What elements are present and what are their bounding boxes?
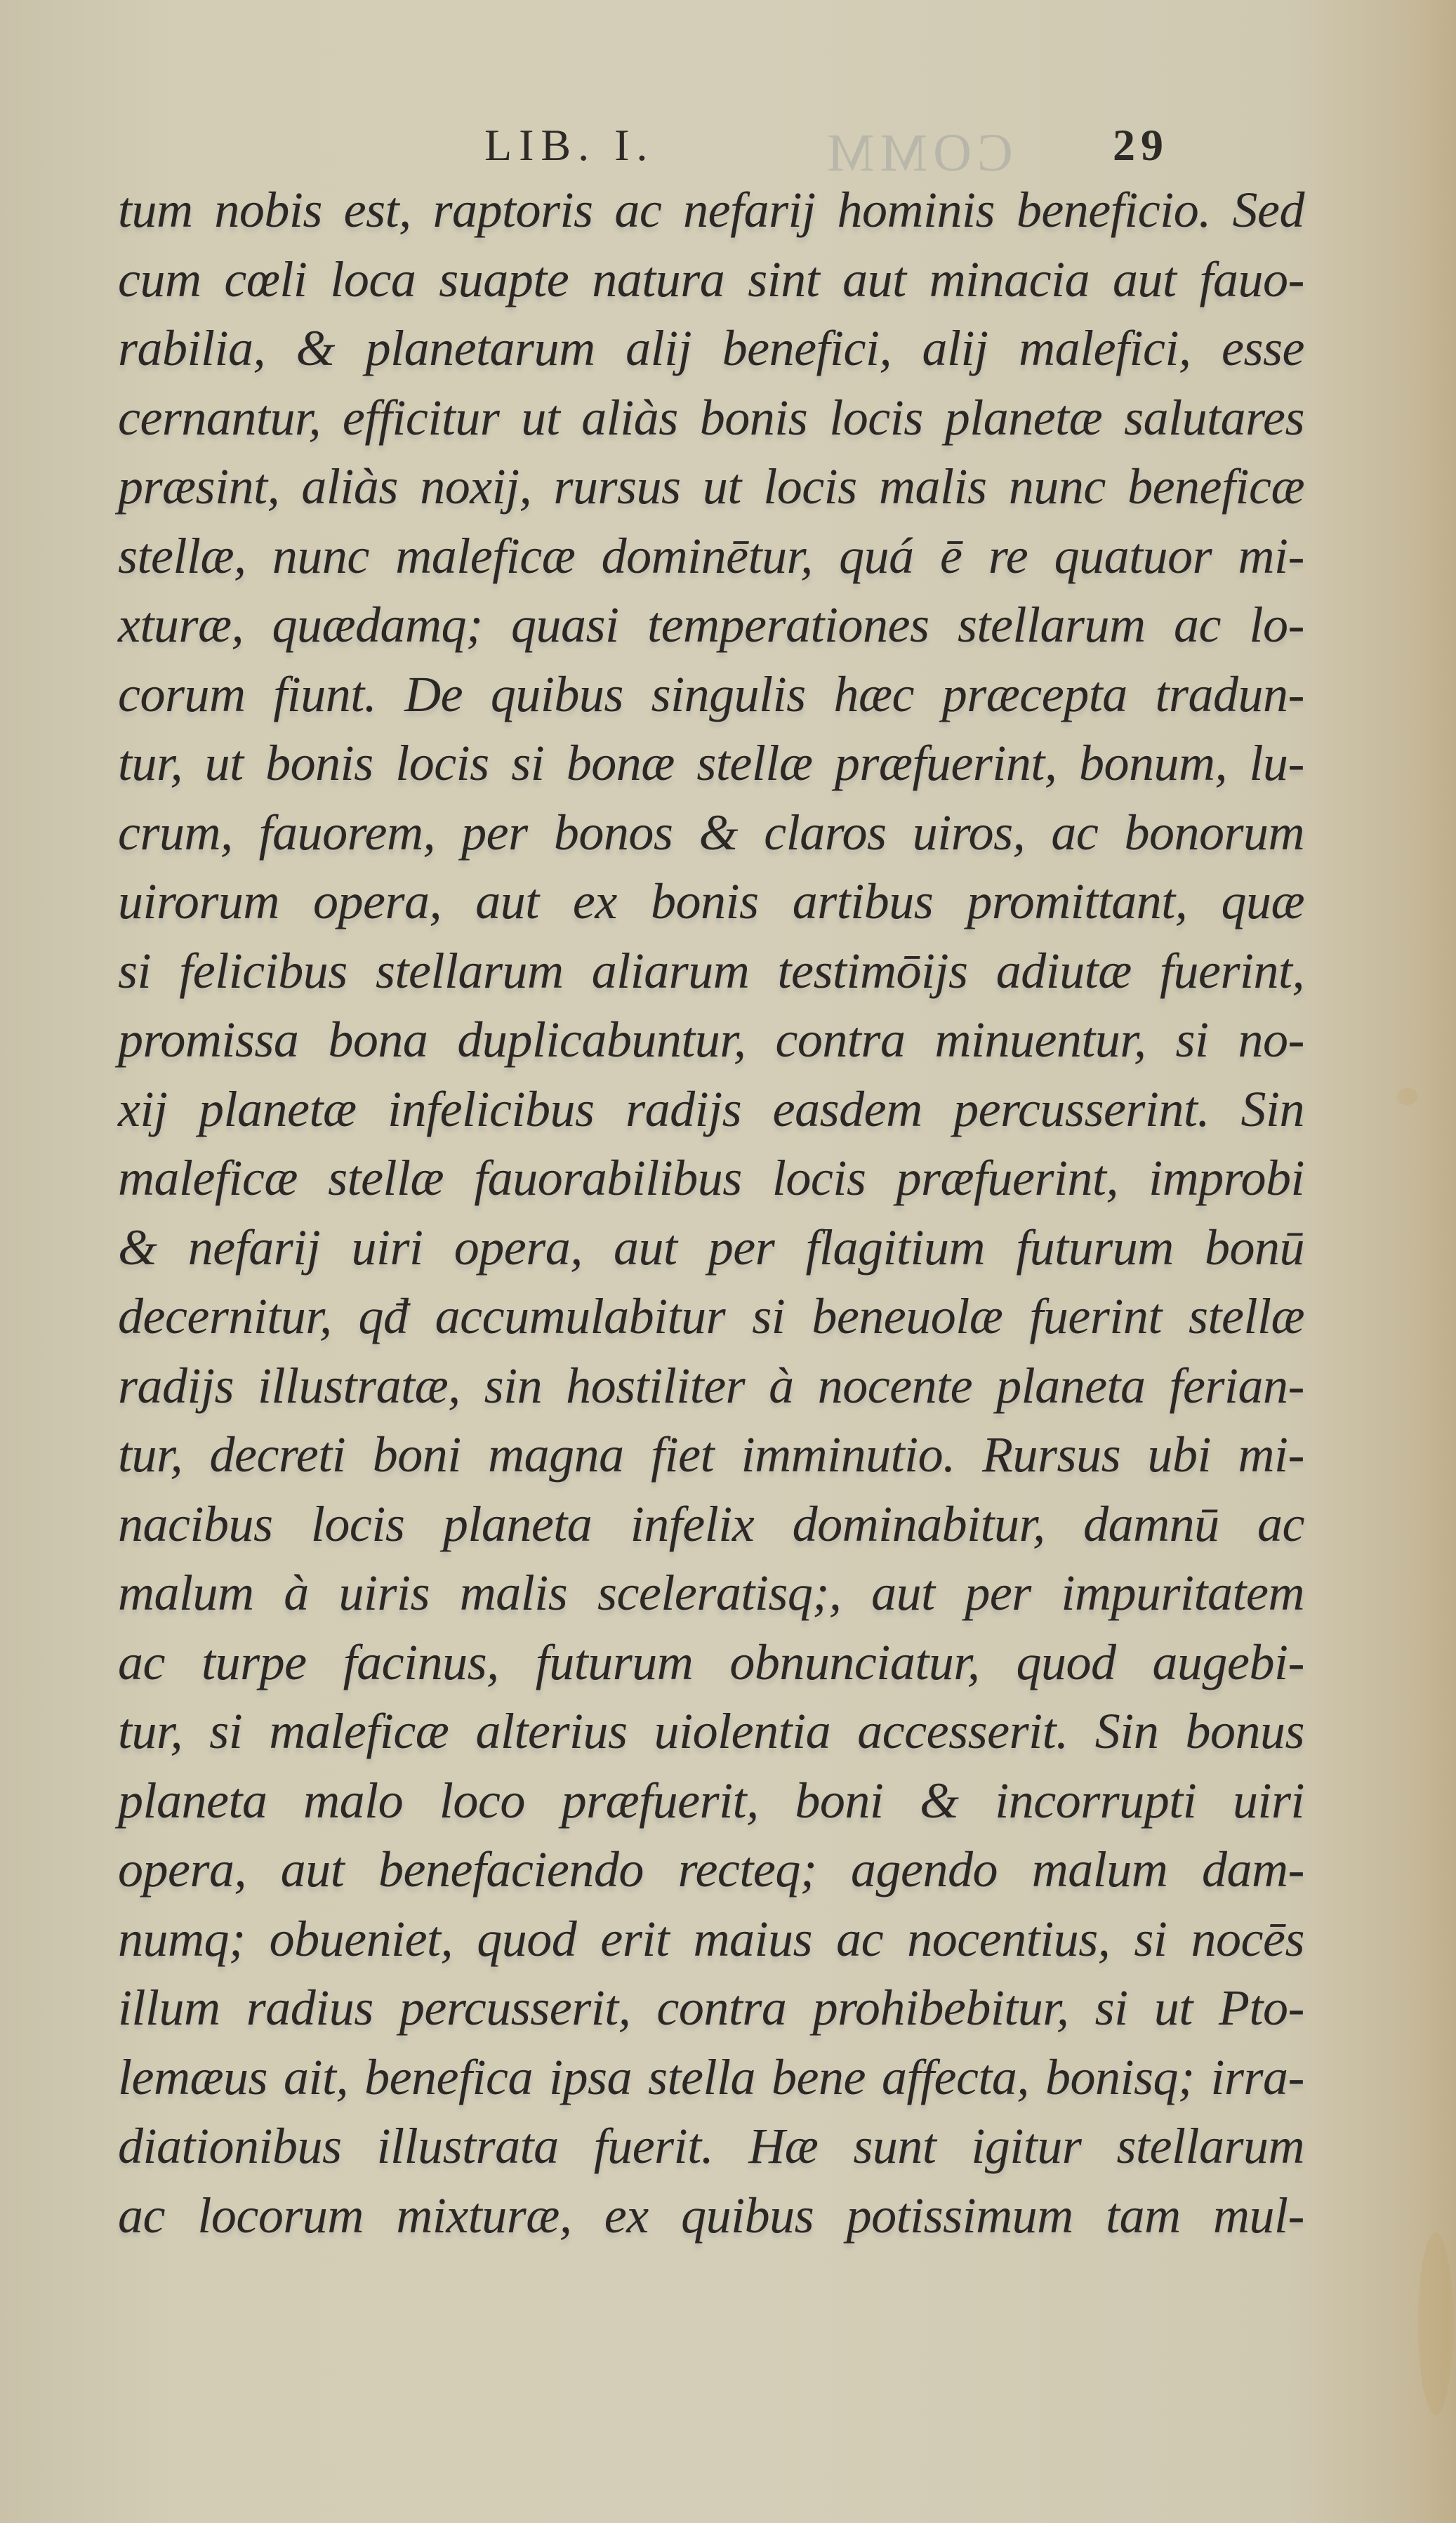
text-line: planeta malo loco præfuerit, boni & inco…: [118, 1766, 1304, 1836]
text-line: præsint, aliàs noxij, rursus ut locis ma…: [118, 452, 1304, 522]
text-line: tur, ut bonis locis si bonæ stellæ præfu…: [118, 729, 1304, 798]
running-head: LIB. I.: [484, 119, 654, 171]
text-line: si felicibus stellarum aliarum testimōij…: [118, 936, 1304, 1006]
text-line: lemæus ait, benefica ipsa stella bene af…: [118, 2043, 1304, 2112]
text-line: xturæ, quædamq; quasi temperationes stel…: [118, 590, 1304, 660]
text-line: uirorum opera, aut ex bonis artibus prom…: [118, 867, 1304, 936]
text-line: cum cœli loca suapte natura sint aut min…: [118, 245, 1304, 314]
text-line: illum radius percusserit, contra prohibe…: [118, 1973, 1304, 2043]
text-line: ac turpe facinus, futurum obnunciatur, q…: [118, 1628, 1304, 1697]
text-line: radijs illustratæ, sin hostiliter à noce…: [118, 1351, 1304, 1421]
text-line: malum à uiris malis sceleratisq;, aut pe…: [118, 1558, 1304, 1628]
text-line: nacibus locis planeta infelix dominabitu…: [118, 1490, 1304, 1559]
text-line: maleficæ stellæ fauorabilibus locis præf…: [118, 1144, 1304, 1213]
text-line: numq; obueniet, quod erit maius ac nocen…: [118, 1905, 1304, 1974]
text-line: xij planetæ infelicibus radijs easdem pe…: [118, 1075, 1304, 1144]
text-line: tur, si maleficæ alterius uiolentia acce…: [118, 1697, 1304, 1766]
text-line: rabilia, & planetarum alij benefici, ali…: [118, 314, 1304, 383]
text-line: cernantur, efficitur ut aliàs bonis loci…: [118, 383, 1304, 453]
text-line: ac locorum mixturæ, ex quibus potissimum…: [118, 2181, 1304, 2251]
text-line: diationibus illustrata fuerit. Hæ sunt i…: [118, 2112, 1304, 2181]
text-line: promissa bona duplicabuntur, contra minu…: [118, 1005, 1304, 1075]
text-line: opera, aut benefaciendo recteq; agendo m…: [118, 1835, 1304, 1905]
text-line: tur, decreti boni magna fiet imminutio. …: [118, 1420, 1304, 1490]
book-page: COMM LIB. I. 29 tum nobis est, raptoris …: [0, 0, 1456, 2523]
body-text: tum nobis est, raptoris ac nefarij homin…: [118, 176, 1311, 2250]
text-line: & nefarij uiri opera, aut per flagitium …: [118, 1213, 1304, 1283]
page-number: 29: [1113, 119, 1169, 171]
text-line: crum, fauorem, per bonos & claros uiros,…: [118, 798, 1304, 868]
paper-stain: [1397, 1088, 1418, 1105]
text-line: decernitur, qđ accumulabitur si beneuolæ…: [118, 1282, 1304, 1351]
paper-stain: [1418, 2232, 1453, 2415]
page-header: LIB. I. 29: [484, 119, 1186, 183]
text-line: tum nobis est, raptoris ac nefarij homin…: [118, 176, 1304, 245]
text-line: corum fiunt. De quibus singulis hæc præc…: [118, 660, 1304, 729]
text-line: stellæ, nunc maleficæ dominētur, quá ē r…: [118, 522, 1304, 591]
